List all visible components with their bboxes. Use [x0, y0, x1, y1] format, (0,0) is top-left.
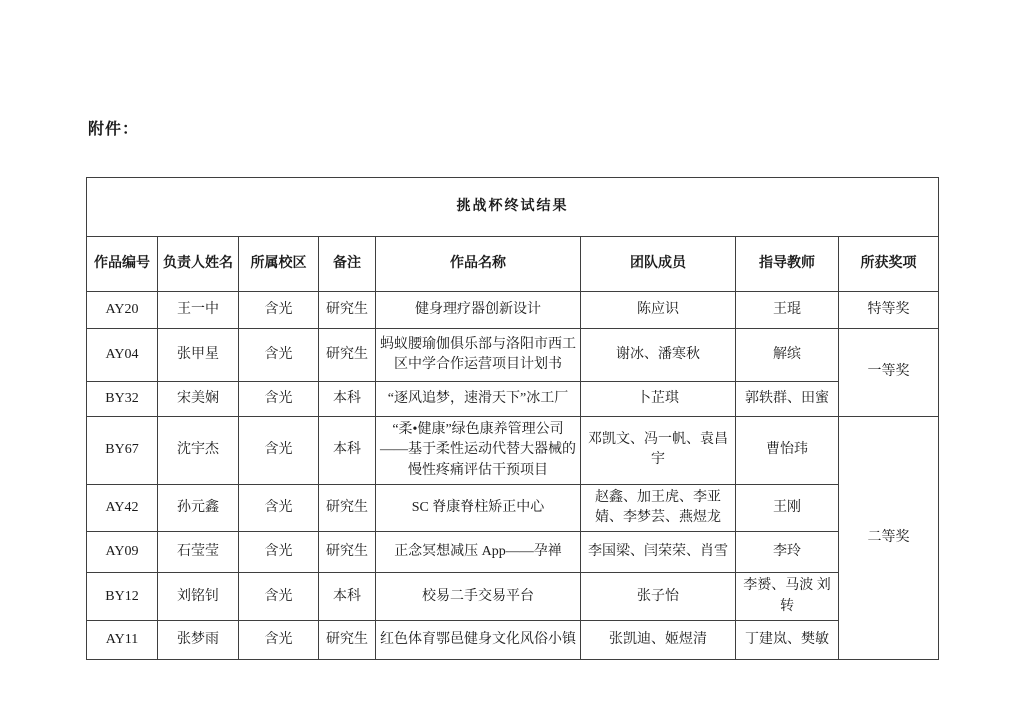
table-row: BY12 刘铭钊 含光 本科 校易二手交易平台 张子怡 李赟、马波 刘转 — [87, 573, 939, 621]
cell-leader-name: 王一中 — [158, 292, 239, 329]
cell-leader-name: 孙元鑫 — [158, 484, 239, 532]
cell-team-members: 谢冰、潘寒秋 — [581, 329, 736, 382]
document-page: 附件： 挑战杯终试结果 作品编号 负责人姓名 所属校区 备注 作品名称 团队成员… — [0, 0, 1024, 724]
cell-advisor: 王刚 — [736, 484, 839, 532]
cell-advisor: 王琨 — [736, 292, 839, 329]
cell-campus: 含光 — [239, 573, 319, 621]
header-award: 所获奖项 — [839, 237, 939, 292]
table-title-row: 挑战杯终试结果 — [87, 178, 939, 237]
table-title: 挑战杯终试结果 — [87, 178, 939, 237]
cell-work-name: 健身理疗器创新设计 — [376, 292, 581, 329]
cell-work-id: AY20 — [87, 292, 158, 329]
cell-team-members: 邓凯文、冯一帆、袁昌宇 — [581, 417, 736, 485]
table-row: BY67 沈宇杰 含光 本科 “柔•健康”绿色康养管理公司——基于柔性运动代替大… — [87, 417, 939, 485]
cell-team-members: 陈应识 — [581, 292, 736, 329]
cell-work-id: BY67 — [87, 417, 158, 485]
table-header-row: 作品编号 负责人姓名 所属校区 备注 作品名称 团队成员 指导教师 所获奖项 — [87, 237, 939, 292]
table-row: BY32 宋美娴 含光 本科 “逐风追梦，速滑天下”冰工厂 卜芷琪 郭轶群、田蜜 — [87, 382, 939, 417]
cell-award: 特等奖 — [839, 292, 939, 329]
table-row: AY20 王一中 含光 研究生 健身理疗器创新设计 陈应识 王琨 特等奖 — [87, 292, 939, 329]
cell-team-members: 李国梁、闫荣荣、肖雪 — [581, 532, 736, 573]
cell-work-id: BY12 — [87, 573, 158, 621]
cell-team-members: 张凯迪、姬煜清 — [581, 621, 736, 660]
cell-work-id: AY11 — [87, 621, 158, 660]
header-work-name: 作品名称 — [376, 237, 581, 292]
table-row: AY04 张甲星 含光 研究生 蚂蚁腰瑜伽俱乐部与洛阳市西工区中学合作运营项目计… — [87, 329, 939, 382]
cell-work-name: 正念冥想减压 App——孕禅 — [376, 532, 581, 573]
cell-work-name: 校易二手交易平台 — [376, 573, 581, 621]
cell-team-members: 赵鑫、加王虎、李亚婧、李梦芸、燕煜龙 — [581, 484, 736, 532]
cell-work-name: “柔•健康”绿色康养管理公司——基于柔性运动代替大器械的慢性疼痛评估干预项目 — [376, 417, 581, 485]
cell-work-id: AY04 — [87, 329, 158, 382]
cell-advisor: 郭轶群、田蜜 — [736, 382, 839, 417]
cell-advisor: 丁建岚、樊敏 — [736, 621, 839, 660]
cell-note: 本科 — [319, 382, 376, 417]
header-team-members: 团队成员 — [581, 237, 736, 292]
cell-note: 研究生 — [319, 532, 376, 573]
cell-leader-name: 张甲星 — [158, 329, 239, 382]
cell-team-members: 张子怡 — [581, 573, 736, 621]
cell-work-name: 红色体育鄂邑健身文化风俗小镇 — [376, 621, 581, 660]
cell-campus: 含光 — [239, 382, 319, 417]
header-work-id: 作品编号 — [87, 237, 158, 292]
table-row: AY09 石莹莹 含光 研究生 正念冥想减压 App——孕禅 李国梁、闫荣荣、肖… — [87, 532, 939, 573]
cell-campus: 含光 — [239, 292, 319, 329]
cell-team-members: 卜芷琪 — [581, 382, 736, 417]
cell-note: 本科 — [319, 573, 376, 621]
cell-note: 研究生 — [319, 621, 376, 660]
cell-work-name: 蚂蚁腰瑜伽俱乐部与洛阳市西工区中学合作运营项目计划书 — [376, 329, 581, 382]
cell-award: 二等奖 — [839, 417, 939, 660]
table-row: AY42 孙元鑫 含光 研究生 SC 脊康脊柱矫正中心 赵鑫、加王虎、李亚婧、李… — [87, 484, 939, 532]
cell-note: 研究生 — [319, 292, 376, 329]
cell-leader-name: 张梦雨 — [158, 621, 239, 660]
cell-campus: 含光 — [239, 532, 319, 573]
cell-note: 研究生 — [319, 484, 376, 532]
header-leader-name: 负责人姓名 — [158, 237, 239, 292]
cell-advisor: 解缤 — [736, 329, 839, 382]
cell-campus: 含光 — [239, 417, 319, 485]
cell-work-id: AY42 — [87, 484, 158, 532]
cell-work-name: “逐风追梦，速滑天下”冰工厂 — [376, 382, 581, 417]
cell-note: 研究生 — [319, 329, 376, 382]
cell-campus: 含光 — [239, 329, 319, 382]
cell-award: 一等奖 — [839, 329, 939, 417]
cell-leader-name: 刘铭钊 — [158, 573, 239, 621]
header-campus: 所属校区 — [239, 237, 319, 292]
header-note: 备注 — [319, 237, 376, 292]
cell-advisor: 曹怡玮 — [736, 417, 839, 485]
cell-leader-name: 石莹莹 — [158, 532, 239, 573]
cell-work-id: AY09 — [87, 532, 158, 573]
cell-campus: 含光 — [239, 621, 319, 660]
table-row: AY11 张梦雨 含光 研究生 红色体育鄂邑健身文化风俗小镇 张凯迪、姬煜清 丁… — [87, 621, 939, 660]
results-table: 挑战杯终试结果 作品编号 负责人姓名 所属校区 备注 作品名称 团队成员 指导教… — [86, 177, 939, 660]
cell-work-id: BY32 — [87, 382, 158, 417]
cell-work-name: SC 脊康脊柱矫正中心 — [376, 484, 581, 532]
cell-advisor: 李赟、马波 刘转 — [736, 573, 839, 621]
cell-leader-name: 宋美娴 — [158, 382, 239, 417]
header-advisor: 指导教师 — [736, 237, 839, 292]
cell-campus: 含光 — [239, 484, 319, 532]
cell-advisor: 李玲 — [736, 532, 839, 573]
attachment-label: 附件： — [88, 116, 139, 139]
cell-note: 本科 — [319, 417, 376, 485]
cell-leader-name: 沈宇杰 — [158, 417, 239, 485]
